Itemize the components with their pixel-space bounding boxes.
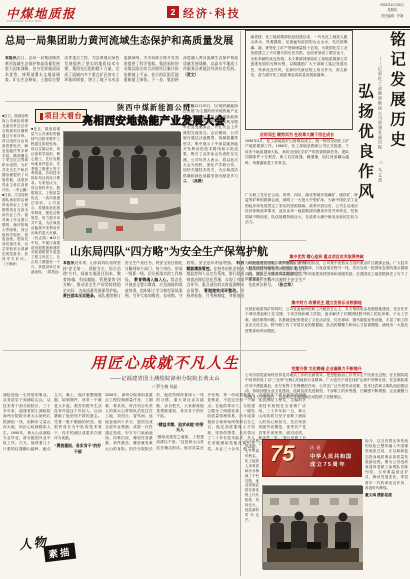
exhibit-room-graphic xyxy=(263,486,363,570)
date-block: 2024年12月26日 星期四 责任编辑：许静 xyxy=(380,3,404,19)
editor-line: 责任编辑：许静 xyxy=(380,14,404,19)
history-section-1b: 广大职工先后在云南、贵州、四川、湖北等地开展磷矿、硫铁矿、钾盐等矿种的勘探会战，… xyxy=(245,193,358,251)
section-title: 经济·科技 xyxy=(183,5,241,21)
photo-credit: 董文琪 摄影报道 xyxy=(365,493,408,498)
project-board-column-right: ■近日，陕西局煤层气公司承担的榆林气田排采维护工程通过阶段验收。项目实施以来，项… xyxy=(31,127,60,390)
project-board-label-text: 项目大看台 xyxy=(45,111,83,121)
page-number-badge: 2 xyxy=(167,6,179,18)
banner-line-1: 庆祝 xyxy=(310,445,352,451)
history-subhead-3: 集中财力 改善民生 建立安居乐业根据地 xyxy=(245,300,408,306)
masthead-subtitle: ZHONGMEI DIZHI BAO xyxy=(7,20,42,23)
newspaper-page: 中煤地质报 ZHONGMEI DIZHI BAO 2 经济·科技 2024年12… xyxy=(0,0,410,579)
history-subhead-1: 应时而生 顺势而为 在改革大潮下茁壮成长 xyxy=(245,132,349,138)
banner-line-3: 成立75周年 xyxy=(310,461,352,468)
person-article-headline: 用匠心成就不凡人生 xyxy=(86,352,244,373)
badge-word-sumiao: 素描 xyxy=(43,543,76,563)
editor-note-box: 编者按：化工地质勘探队伍组建以来，一代代化工地质人跋山涉水、风餐露宿，足迹遍布祖… xyxy=(245,30,353,130)
byline: （武文） xyxy=(183,73,198,77)
lead-marker: 本报讯 xyxy=(5,56,17,60)
banner-line-2: 中华人民共和国 xyxy=(310,453,352,460)
history-section-3: 在抓好地质找矿的同时，公司党委始终把职工冷暖放在心上，多方筹措资金加强基地建设，… xyxy=(245,307,408,363)
byline: （高媛） xyxy=(190,179,205,183)
vertical-title-line-1: 铭记发展历史 xyxy=(386,31,408,259)
shaanxi-article-body: 本报讯12月20日，以“地热赋能绿色发展”为主题的西安地热能产业发展大会举行，陕… xyxy=(183,104,238,239)
photo-caption-column: 如今，这支有着光荣传统的队伍已整体融入中国煤炭地质总局，正以崭新姿态投身地质事业… xyxy=(365,439,408,573)
history-section-2: 为尽快改变我国化学矿产资源家底不清的状况，公司集中优势兵力组织重点矿区勘探会战。… xyxy=(245,261,408,297)
person-article-byline: □ 罗生梅 刘磊 xyxy=(70,384,260,390)
vertical-subtitle: ——记原化工部地质勘探公司创建发展历程 □ 马文清 xyxy=(379,31,384,259)
person-subhead-1: “勇挑重担、务实肯干”的好干部 xyxy=(54,443,102,454)
person-article-subtitle: ——记福建省国土测绘院漳州分院院长黄太山 xyxy=(70,375,260,382)
exhibition-photo-graphic xyxy=(64,132,181,240)
banner-75-numeral: 75 xyxy=(270,441,294,467)
lead-marker: 本报讯 xyxy=(63,261,75,265)
exhibition-photo xyxy=(63,131,180,239)
history-section-1a: 1956年3月，化工部地质矿山管理局成立，统一领导全国化工矿产地质勘探工作。19… xyxy=(245,139,349,191)
history-closing-column: 七十年栉风沐雨，七十年春华秋实。化工地质人用青春和汗水铸就了不朽功勋，优良传统必… xyxy=(245,439,259,572)
header-rule-thick xyxy=(0,26,410,28)
article-divider xyxy=(5,101,238,102)
history-section-4: 公司历届党委始终坚持党对地质工作的全面领导，把思想政治工作贯穿生产经营全过程，在… xyxy=(245,373,408,435)
history-subhead-4: 党建引领 文化铸魂 企业凝聚力不断提升 xyxy=(245,366,408,372)
history-vertical-title: 铭记发展历史 ——记原化工部地质勘探公司创建发展历程 □ 马文清 弘扬优良作风 xyxy=(356,31,408,259)
anniversary-banner-photo: 75 庆祝 中华人民共和国 成立75周年 xyxy=(262,439,362,477)
exhibit-room-photo xyxy=(262,485,362,569)
history-author: □ 马文清 xyxy=(379,160,384,183)
project-board-column-left: ■近日，陕西局物探公司承担的渭北煤田采空区综合物探项目顺利通过专家评审。项目组综… xyxy=(2,114,28,390)
label-ornament xyxy=(40,113,43,120)
main-article-body: 本报讯近日，总局一局集团聚焦黄河流域生态保护和高质量发展重大国家战略，充分发挥地… xyxy=(5,56,238,102)
history-subhead-2: 集中优势 精心组织 重点项目攻关取得突破 xyxy=(245,254,408,260)
lead-marker: 本报讯 xyxy=(183,104,194,108)
person-subhead-2: “精益求精、追求卓越”的带头人 xyxy=(156,422,204,433)
main-article-headline: 总局一局集团助力黄河流域生态保护和高质量发展 xyxy=(5,32,239,47)
